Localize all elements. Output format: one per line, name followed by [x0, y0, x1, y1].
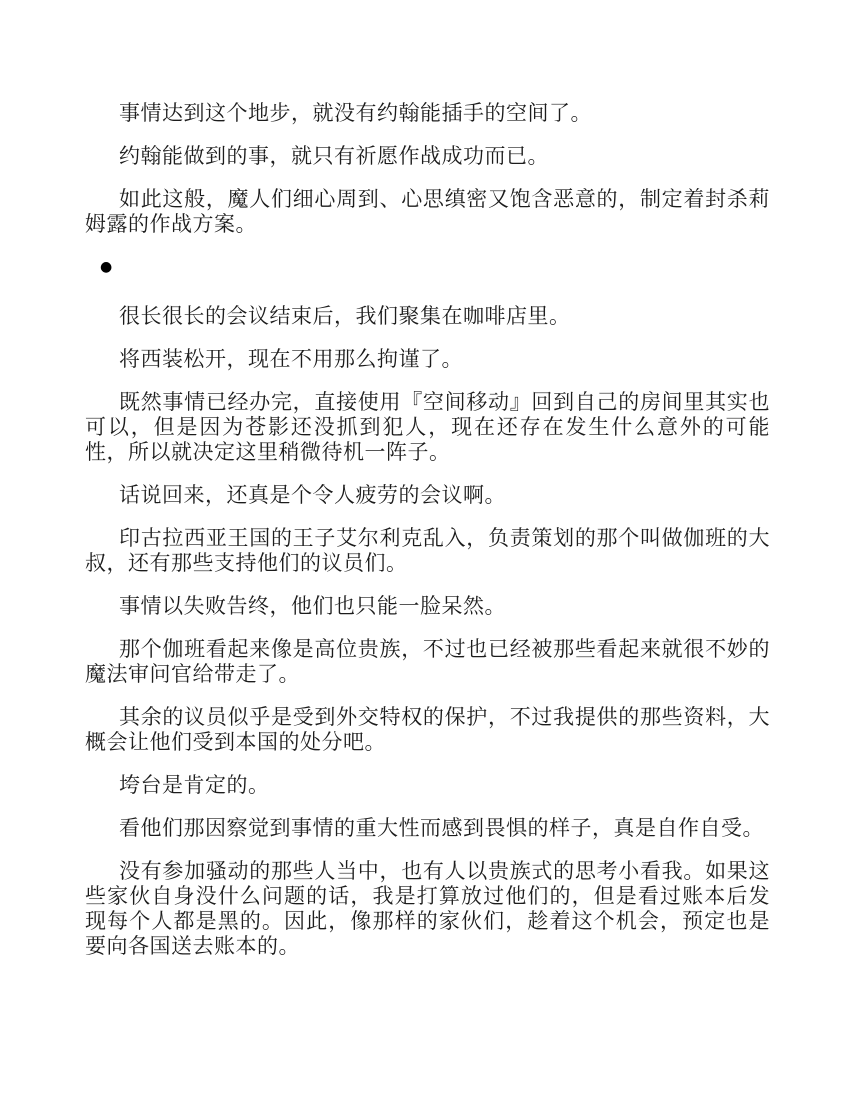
paragraph: 约翰能做到的事，就只有祈愿作战成功而已。: [85, 144, 770, 169]
paragraph: 事情达到这个地步，就没有约翰能插手的空间了。: [85, 101, 770, 126]
bullet-icon: ●: [100, 255, 113, 280]
paragraph: 将西装松开，现在不用那么拘谨了。: [85, 347, 770, 372]
paragraph: 话说回来，还真是个令人疲劳的会议啊。: [85, 483, 770, 508]
ebook-page: 事情达到这个地步，就没有约翰能插手的空间了。约翰能做到的事，就只有祈愿作战成功而…: [0, 0, 850, 1100]
paragraph: 如此这般，魔人们细心周到、心思缜密又饱含恶意的，制定着封杀莉姆露的作战方案。: [85, 187, 770, 237]
page-text-body: 事情达到这个地步，就没有约翰能插手的空间了。约翰能做到的事，就只有祈愿作战成功而…: [85, 101, 770, 959]
paragraph: 既然事情已经办完，直接使用『空间移动』回到自己的房间里其实也可以，但是因为苍影还…: [85, 390, 770, 465]
paragraph: 印古拉西亚王国的王子艾尔利克乱入，负责策划的那个叫做伽班的大叔，还有那些支持他们…: [85, 526, 770, 576]
paragraph: 看他们那因察觉到事情的重大性而感到畏惧的样子，真是自作自受。: [85, 816, 770, 841]
paragraph: 那个伽班看起来像是高位贵族，不过也已经被那些看起来就很不妙的魔法审问官给带走了。: [85, 637, 770, 687]
paragraph: 垮台是肯定的。: [85, 773, 770, 798]
paragraph: 其余的议员似乎是受到外交特权的保护，不过我提供的那些资料，大概会让他们受到本国的…: [85, 705, 770, 755]
section-separator: ●: [85, 255, 770, 280]
paragraph: 很长很长的会议结束后，我们聚集在咖啡店里。: [85, 304, 770, 329]
paragraph: 事情以失败告终，他们也只能一脸呆然。: [85, 594, 770, 619]
paragraph: 没有参加骚动的那些人当中，也有人以贵族式的思考小看我。如果这些家伙自身没什么问题…: [85, 859, 770, 959]
